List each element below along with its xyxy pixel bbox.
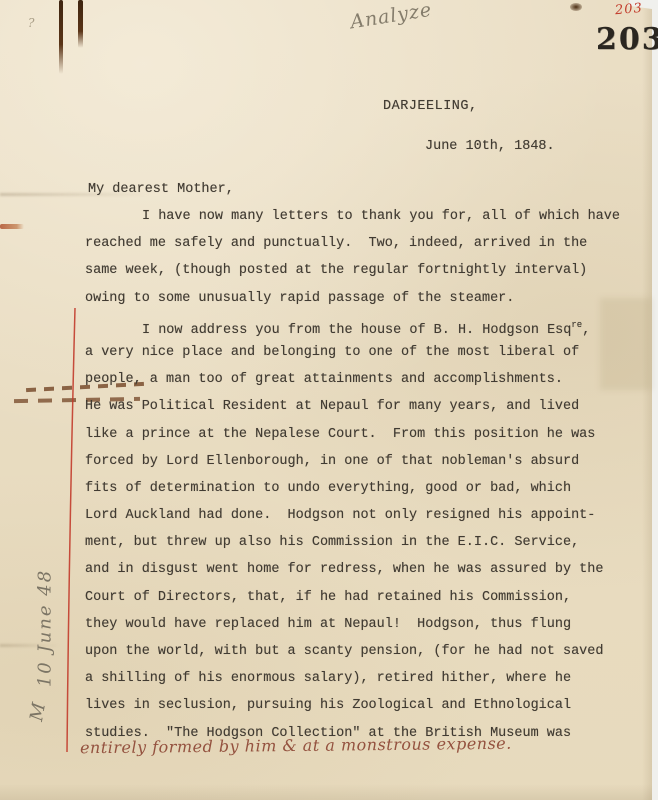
typed-line: a very nice place and belonging to one o… (85, 339, 625, 366)
typed-line: people, a man too of great attainments a… (85, 366, 625, 393)
typed-line: I now address you from the house of B. H… (85, 312, 625, 339)
bottom-edge-shade (0, 784, 652, 800)
typed-line: He was Political Resident at Nepaul for … (85, 393, 625, 420)
typed-line: reached me safely and punctually. Two, i… (85, 230, 625, 257)
red-edge-mark (0, 224, 24, 229)
faint-pencil-mark: ? (28, 16, 36, 30)
typed-line: I have now many letters to thank you for… (85, 203, 625, 230)
typed-line: a shilling of his enormous salary), reti… (85, 665, 625, 692)
letter-place-line: DARJEELING, (383, 99, 478, 114)
letter-body: I have now many letters to thank you for… (85, 203, 625, 747)
folio-number-handwritten: 203 (614, 1, 643, 18)
typed-line: same week, (though posted at the regular… (85, 257, 625, 284)
superscript: re (571, 320, 582, 330)
typed-line: upon the world, with but a scanty pensio… (85, 638, 625, 665)
ink-stain-blob (570, 3, 582, 11)
margin-initial-mark: M (26, 701, 50, 723)
scan-background-strip (652, 0, 658, 800)
typed-line: Court of Directors, that, if he had reta… (85, 584, 625, 611)
letter-salutation: My dearest Mother, (88, 182, 234, 197)
letter-date-line: June 10th, 1848. (425, 139, 555, 154)
typed-line: like a prince at the Nepalese Court. Fro… (85, 421, 625, 448)
margin-date-annotation: 10 June 48 (35, 569, 56, 687)
typed-line: Lord Auckland had done. Hodgson not only… (85, 502, 625, 529)
typed-line: lives in seclusion, pursuing his Zoologi… (85, 692, 625, 719)
typed-line: ment, but threw up also his Commission i… (85, 529, 625, 556)
folio-number-stamp: 203 (596, 22, 658, 57)
scanned-letter-page: Analyze 203 203 DARJEELING, June 10th, 1… (0, 0, 658, 800)
binding-stain-streak (78, 0, 83, 48)
binding-stain-streak (59, 0, 63, 74)
typed-line: they would have replaced him at Nepaul! … (85, 611, 625, 638)
typed-line: owing to some unusually rapid passage of… (85, 285, 625, 312)
typed-line: fits of determination to undo everything… (85, 475, 625, 502)
typed-line: and in disgust went home for redress, wh… (85, 556, 625, 583)
typed-line: forced by Lord Ellenborough, in one of t… (85, 448, 625, 475)
